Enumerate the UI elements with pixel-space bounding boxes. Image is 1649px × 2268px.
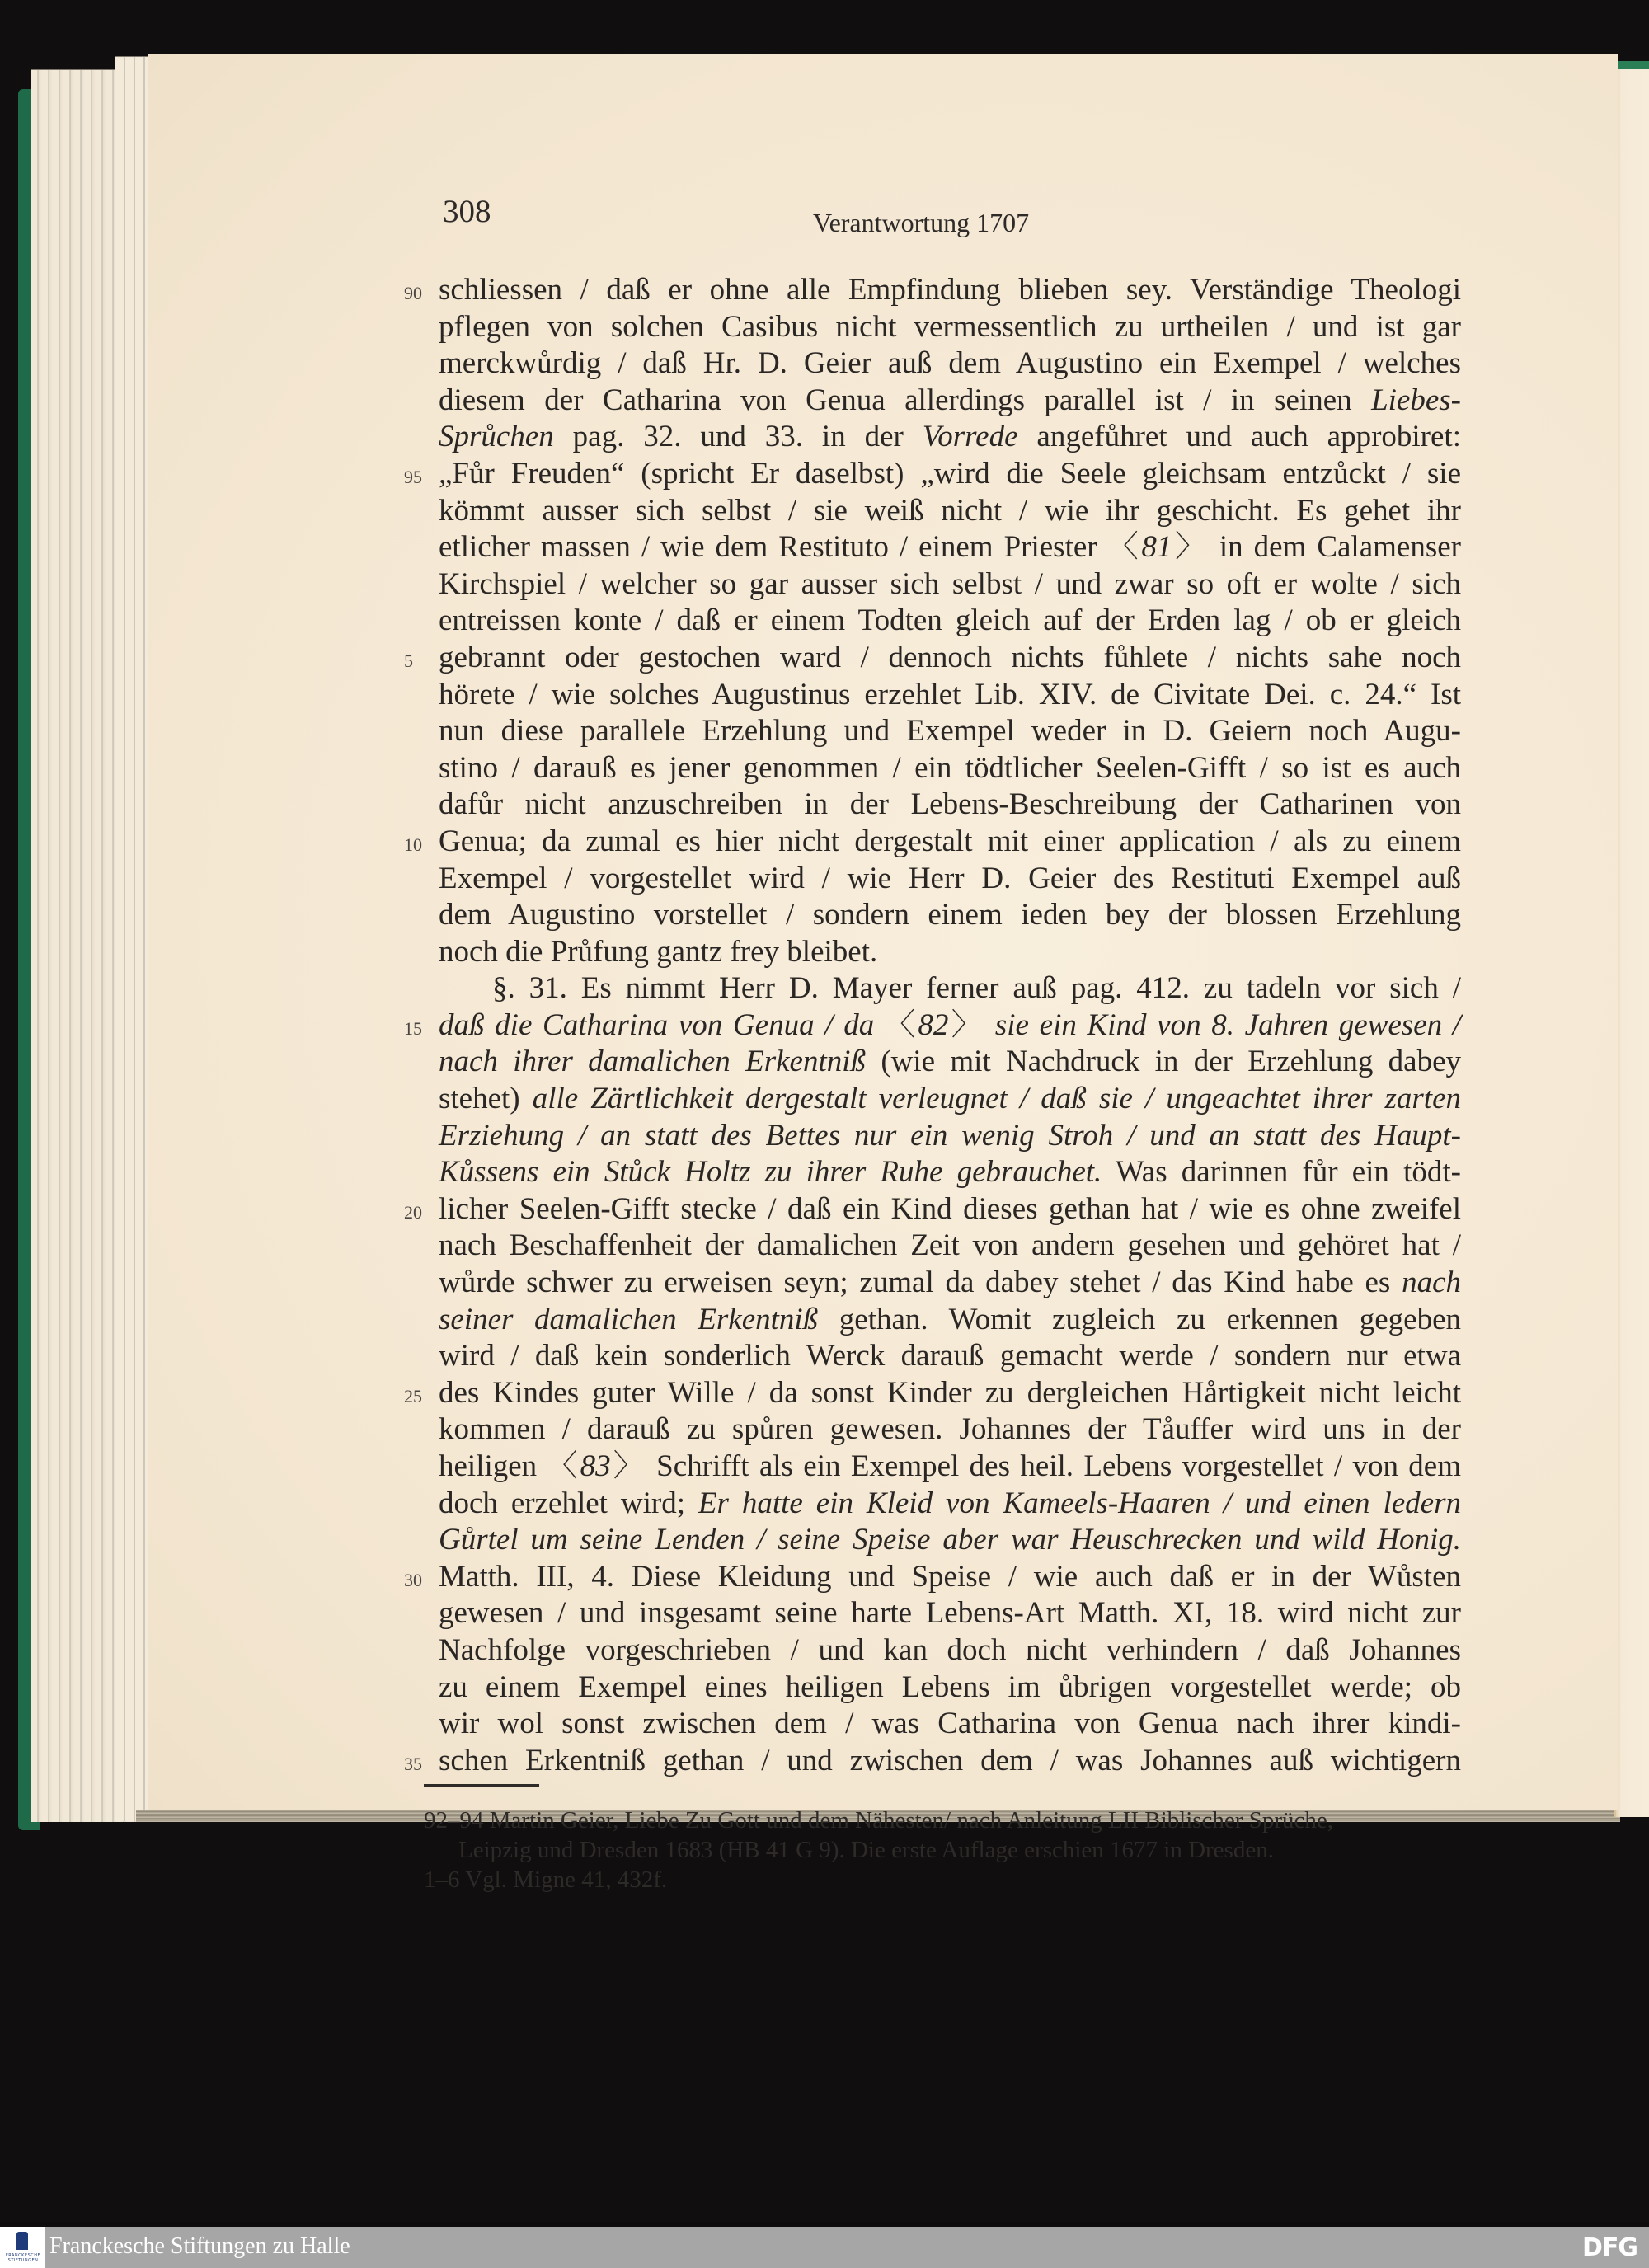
line-text: merckwůrdig / daß Hr. D. Geier auß dem A… bbox=[439, 346, 1461, 380]
line-number: 90 bbox=[404, 275, 429, 312]
line-text: Nachfolge vorgeschrieben / und kan doch … bbox=[439, 1633, 1461, 1667]
dfg-logo[interactable]: DFG bbox=[1582, 2233, 1637, 2262]
text-line: Erziehung / an statt des Bettes nur ein … bbox=[439, 1118, 1461, 1155]
line-text: kommen / darauß zu spůren gewesen. Johan… bbox=[439, 1412, 1461, 1446]
text-line: pflegen von solchen Casibus nicht vermes… bbox=[439, 309, 1461, 346]
line-text: seiner damalichen Erkentniß gethan. Womi… bbox=[439, 1303, 1461, 1336]
text-line: wůrde schwer zu erweisen seyn; zumal da … bbox=[439, 1265, 1461, 1302]
line-text: gebrannt oder gestochen ward / dennoch n… bbox=[439, 641, 1461, 674]
line-text: schliessen / daß er ohne alle Empfindung… bbox=[439, 273, 1461, 307]
text-line: heiligen 〈83〉 Schrifft als ein Exempel d… bbox=[439, 1449, 1461, 1486]
line-text: stehet) alle Zärtlichkeit dergestalt ver… bbox=[439, 1082, 1461, 1115]
text-line: Kirchspiel / welcher so gar ausser sich … bbox=[439, 566, 1461, 603]
line-text: §. 31. Es nimmt Herr D. Mayer ferner auß… bbox=[492, 971, 1461, 1005]
text-line: 35schen Erkentniß gethan / und zwischen … bbox=[439, 1743, 1461, 1780]
text-line: Gůrtel um seine Lenden / seine Speise ab… bbox=[439, 1522, 1461, 1559]
text-line: dem Augustino vorstellet / sondern einem… bbox=[439, 897, 1461, 934]
text-line: noch die Průfung gantz frey bleibet. bbox=[439, 934, 1461, 971]
line-text: schen Erkentniß gethan / und zwischen de… bbox=[439, 1744, 1461, 1777]
line-text: entreissen konte / daß er einem Todten g… bbox=[439, 603, 1461, 637]
line-text: dem Augustino vorstellet / sondern einem… bbox=[439, 898, 1461, 932]
text-line: stino / darauß es jener genommen / ein t… bbox=[439, 750, 1461, 787]
line-text: nach ihrer damalichen Erkentniß (wie mit… bbox=[439, 1045, 1461, 1078]
institution-name[interactable]: Franckesche Stiftungen zu Halle bbox=[49, 2233, 350, 2260]
text-line: diesem der Catharina von Genua allerding… bbox=[439, 383, 1461, 420]
line-text: Sprůchen pag. 32. und 33. in der Vorrede… bbox=[439, 420, 1461, 453]
logo-text: FRANCKESCHE STIFTUNGEN bbox=[2, 2253, 45, 2263]
footnotes: 92–94 Martin Geier, Liebe Zu Gott und de… bbox=[424, 1805, 1471, 1895]
text-line: nun diese parallele Erzehlung und Exempe… bbox=[439, 713, 1461, 750]
text-line: stehet) alle Zärtlichkeit dergestalt ver… bbox=[439, 1081, 1461, 1118]
line-text: gewesen / und insgesamt seine harte Lebe… bbox=[439, 1596, 1461, 1630]
footnote: 1–6 Vgl. Migne 41, 432f. bbox=[424, 1865, 1471, 1895]
text-line: etlicher massen / wie dem Restituto / ei… bbox=[439, 529, 1461, 566]
line-text: zu einem Exempel eines heiligen Lebens i… bbox=[439, 1670, 1461, 1704]
line-text: Erziehung / an statt des Bettes nur ein … bbox=[439, 1119, 1461, 1153]
line-text: daß die Catharina von Genua / da 〈82〉 si… bbox=[439, 1008, 1461, 1042]
text-line: 30Matth. III, 4. Diese Kleidung und Spei… bbox=[439, 1559, 1461, 1596]
line-text: Kůssens ein Stůck Holtz zu ihrer Ruhe ge… bbox=[439, 1155, 1461, 1189]
text-line: doch erzehlet wird; Er hatte ein Kleid v… bbox=[439, 1486, 1461, 1523]
line-text: hörete / wie solches Augustinus erzehlet… bbox=[439, 678, 1461, 711]
text-line: 25des Kindes guter Wille / da sonst Kind… bbox=[439, 1375, 1461, 1412]
text-line: dafůr nicht anzuschreiben in der Lebens-… bbox=[439, 787, 1461, 824]
text-line: wir wol sonst zwischen dem / was Cathari… bbox=[439, 1706, 1461, 1743]
text-line: kömmt ausser sich selbst / sie weiß nich… bbox=[439, 493, 1461, 530]
line-text: Gůrtel um seine Lenden / seine Speise ab… bbox=[439, 1523, 1461, 1557]
line-text: dafůr nicht anzuschreiben in der Lebens-… bbox=[439, 787, 1461, 821]
text-line: wird / daß kein sonderlich Werck darauß … bbox=[439, 1338, 1461, 1375]
text-line: nach Beschaffenheit der damalichen Zeit … bbox=[439, 1228, 1461, 1265]
line-text: stino / darauß es jener genommen / ein t… bbox=[439, 751, 1461, 785]
line-text: doch erzehlet wird; Er hatte ein Kleid v… bbox=[439, 1486, 1461, 1520]
line-number: 35 bbox=[404, 1746, 429, 1782]
line-text: des Kindes guter Wille / da sonst Kinder… bbox=[439, 1376, 1461, 1410]
line-text: etlicher massen / wie dem Restituto / ei… bbox=[439, 530, 1461, 564]
line-text: diesem der Catharina von Genua allerding… bbox=[439, 383, 1461, 417]
running-title: Verantwortung 1707 bbox=[813, 208, 1029, 238]
line-number: 95 bbox=[404, 459, 429, 495]
text-line: kommen / darauß zu spůren gewesen. Johan… bbox=[439, 1411, 1461, 1449]
footnote-rule bbox=[424, 1784, 539, 1787]
footnote: Leipzig und Dresden 1683 (HB 41 G 9). Di… bbox=[424, 1835, 1471, 1865]
line-number: 10 bbox=[404, 827, 429, 863]
text-line: 95„Fůr Freuden“ (spricht Er daselbst) „w… bbox=[439, 456, 1461, 493]
text-line: Nachfolge vorgeschrieben / und kan doch … bbox=[439, 1632, 1461, 1669]
line-text: kömmt ausser sich selbst / sie weiß nich… bbox=[439, 494, 1461, 528]
line-text: Exempel / vorgestellet wird / wie Herr D… bbox=[439, 862, 1461, 895]
body-text: 90schliessen / daß er ohne alle Empfindu… bbox=[439, 272, 1461, 1779]
line-text: „Fůr Freuden“ (spricht Er daselbst) „wir… bbox=[439, 457, 1461, 491]
text-line: zu einem Exempel eines heiligen Lebens i… bbox=[439, 1669, 1461, 1707]
text-line: merckwůrdig / daß Hr. D. Geier auß dem A… bbox=[439, 345, 1461, 383]
line-text: pflegen von solchen Casibus nicht vermes… bbox=[439, 310, 1461, 344]
line-text: wůrde schwer zu erweisen seyn; zumal da … bbox=[439, 1265, 1461, 1299]
institution-logo[interactable]: FRANCKESCHE STIFTUNGEN bbox=[0, 2227, 45, 2268]
line-text: Kirchspiel / welcher so gar ausser sich … bbox=[439, 567, 1461, 601]
facing-page-edge bbox=[1614, 69, 1649, 1817]
text-line: nach ihrer damalichen Erkentniß (wie mit… bbox=[439, 1044, 1461, 1081]
text-line: 5gebrannt oder gestochen ward / dennoch … bbox=[439, 640, 1461, 677]
footer-bar: FRANCKESCHE STIFTUNGEN Franckesche Stift… bbox=[0, 2227, 1649, 2268]
line-text: Genua; da zumal es hier nicht dergestalt… bbox=[439, 824, 1461, 858]
text-line: Kůssens ein Stůck Holtz zu ihrer Ruhe ge… bbox=[439, 1154, 1461, 1191]
page-stack-front bbox=[115, 56, 148, 1821]
line-text: wird / daß kein sonderlich Werck darauß … bbox=[439, 1339, 1461, 1373]
line-text: heiligen 〈83〉 Schrifft als ein Exempel d… bbox=[439, 1449, 1461, 1483]
text-line: 10Genua; da zumal es hier nicht dergesta… bbox=[439, 824, 1461, 861]
text-line: 90schliessen / daß er ohne alle Empfindu… bbox=[439, 272, 1461, 309]
text-line: seiner damalichen Erkentniß gethan. Womi… bbox=[439, 1302, 1461, 1339]
footnote: 92–94 Martin Geier, Liebe Zu Gott und de… bbox=[424, 1805, 1471, 1835]
text-line: entreissen konte / daß er einem Todten g… bbox=[439, 603, 1461, 640]
text-line: Sprůchen pag. 32. und 33. in der Vorrede… bbox=[439, 419, 1461, 456]
line-number: 25 bbox=[404, 1378, 429, 1415]
logo-figure-icon bbox=[16, 2232, 28, 2250]
text-line: gewesen / und insgesamt seine harte Lebe… bbox=[439, 1595, 1461, 1632]
text-line: 20licher Seelen-Gifft stecke / daß ein K… bbox=[439, 1191, 1461, 1228]
line-text: licher Seelen-Gifft stecke / daß ein Kin… bbox=[439, 1192, 1461, 1226]
text-line: Exempel / vorgestellet wird / wie Herr D… bbox=[439, 861, 1461, 898]
text-line: 15daß die Catharina von Genua / da 〈82〉 … bbox=[439, 1007, 1461, 1045]
line-text: wir wol sonst zwischen dem / was Cathari… bbox=[439, 1707, 1461, 1740]
line-number: 20 bbox=[404, 1195, 429, 1231]
line-text: Matth. III, 4. Diese Kleidung und Speise… bbox=[439, 1560, 1461, 1594]
line-number: 30 bbox=[404, 1562, 429, 1599]
line-text: nun diese parallele Erzehlung und Exempe… bbox=[439, 714, 1461, 748]
line-number: 15 bbox=[404, 1011, 429, 1047]
line-number: 5 bbox=[404, 643, 429, 679]
text-line: §. 31. Es nimmt Herr D. Mayer ferner auß… bbox=[439, 970, 1461, 1007]
text-line: hörete / wie solches Augustinus erzehlet… bbox=[439, 677, 1461, 714]
page-number: 308 bbox=[443, 193, 491, 230]
line-text: noch die Průfung gantz frey bleibet. bbox=[439, 935, 877, 969]
line-text: nach Beschaffenheit der damalichen Zeit … bbox=[439, 1228, 1461, 1262]
